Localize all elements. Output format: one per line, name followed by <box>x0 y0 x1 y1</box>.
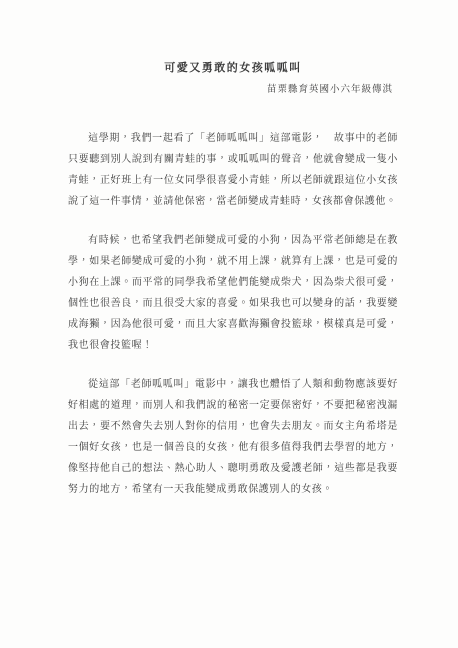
essay-byline: 苗栗縣育英國小六年級傳淇 <box>68 83 393 96</box>
document-page: 可愛又勇敢的女孩呱呱叫 苗栗縣育英國小六年級傳淇 這學期，我們一起看了「老師呱呱… <box>0 0 458 648</box>
essay-body: 這學期，我們一起看了「老師呱呱叫」這部電影， 故事中的老師只要聽到別人說到有關青… <box>68 128 398 500</box>
essay-paragraph: 這學期，我們一起看了「老師呱呱叫」這部電影， 故事中的老師只要聽到別人說到有關青… <box>68 128 398 212</box>
essay-paragraph: 從這部「老師呱呱叫」電影中，讓我也體悟了人類和動物應該要好好相處的道理，而別人和… <box>68 374 398 500</box>
essay-title: 可愛又勇敢的女孩呱呱叫 <box>68 60 398 75</box>
essay-paragraph: 有時候，也希望我們老師變成可愛的小狗，因為平常老師總是在教學，如果老師變成可愛的… <box>68 230 398 356</box>
